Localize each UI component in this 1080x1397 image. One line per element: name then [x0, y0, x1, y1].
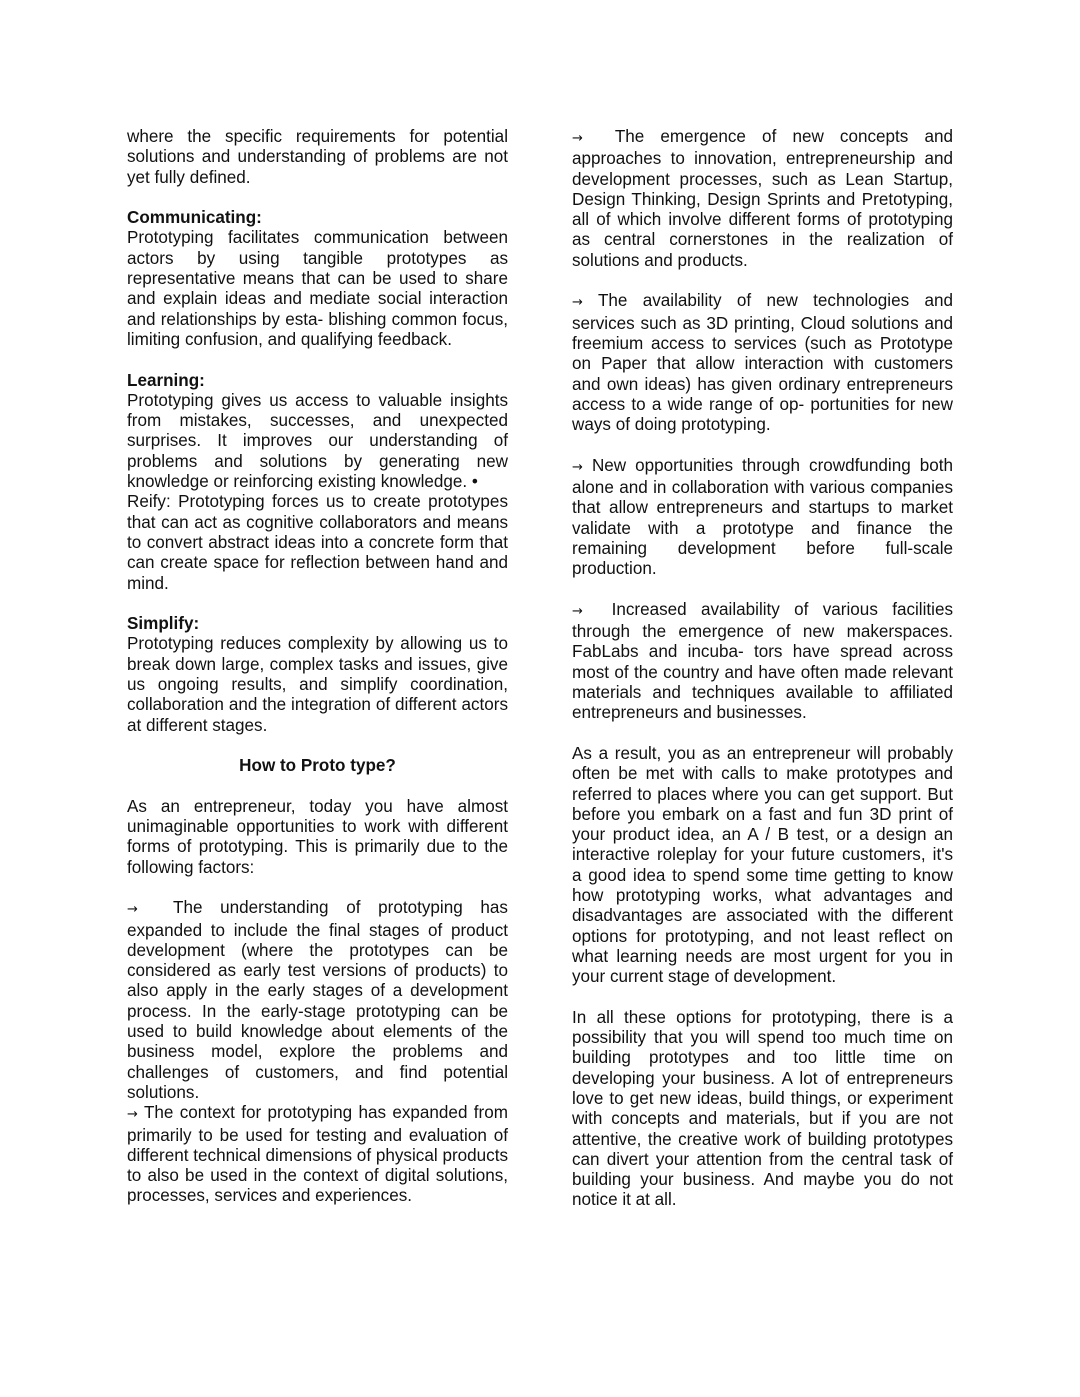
left-column: where the specific requirements for pote… [127, 127, 508, 1207]
factor-item: → The understanding of prototyping has e… [127, 898, 508, 1103]
how-to-intro: As an entrepreneur, today you have almos… [127, 797, 508, 878]
section-heading-simplify: Simplify: [127, 614, 508, 634]
factor-item: → The context for prototyping has expand… [127, 1103, 508, 1206]
factor-item: → New opportunities through crowdfunding… [572, 456, 953, 580]
factor-item: → The availability of new technologies a… [572, 291, 953, 435]
intro-paragraph: where the specific requirements for pote… [127, 127, 508, 188]
section-heading-learning: Learning: [127, 371, 508, 391]
spacer [572, 435, 953, 455]
spacer [127, 736, 508, 756]
arrow-right-icon: → [127, 902, 138, 917]
result-paragraph: As a result, you as an entrepreneur will… [572, 744, 953, 988]
section-heading-communicating: Communicating: [127, 208, 508, 228]
arrow-right-icon: → [572, 604, 583, 619]
spacer [127, 777, 508, 797]
spacer [572, 724, 953, 744]
section-body-simplify: Prototyping reduces complexity by allowi… [127, 634, 508, 735]
factor-text: Increased availability of various facili… [572, 600, 953, 722]
right-column: → The emergence of new concepts and appr… [572, 127, 953, 1211]
spacer [127, 350, 508, 370]
factor-text: The context for prototyping has expanded… [127, 1103, 508, 1205]
factor-item: → Increased availability of various faci… [572, 600, 953, 724]
factor-text: The emergence of new concepts and approa… [572, 127, 953, 270]
factor-text: The understanding of prototyping has exp… [127, 898, 508, 1102]
section-body-learning: Prototyping gives us access to valuable … [127, 391, 508, 492]
arrow-right-icon: → [572, 131, 583, 146]
section-body-reify: Reify: Prototyping forces us to create p… [127, 492, 508, 593]
spacer [127, 594, 508, 614]
factor-item: → The emergence of new concepts and appr… [572, 127, 953, 271]
how-to-heading: How to Proto type? [127, 756, 508, 776]
factor-text: New opportunities through crowdfunding b… [572, 456, 953, 578]
closing-paragraph: In all these options for prototyping, th… [572, 1008, 953, 1211]
factor-text: The availability of new technologies and… [572, 291, 953, 434]
arrow-right-icon: → [572, 460, 583, 475]
spacer [572, 271, 953, 291]
spacer [127, 878, 508, 898]
arrow-right-icon: → [572, 295, 583, 310]
document-page: where the specific requirements for pote… [0, 0, 1080, 1397]
section-body-communicating: Prototyping facilitates communication be… [127, 228, 508, 350]
spacer [572, 987, 953, 1007]
arrow-right-icon: → [127, 1107, 138, 1122]
spacer [572, 580, 953, 600]
spacer [127, 188, 508, 208]
